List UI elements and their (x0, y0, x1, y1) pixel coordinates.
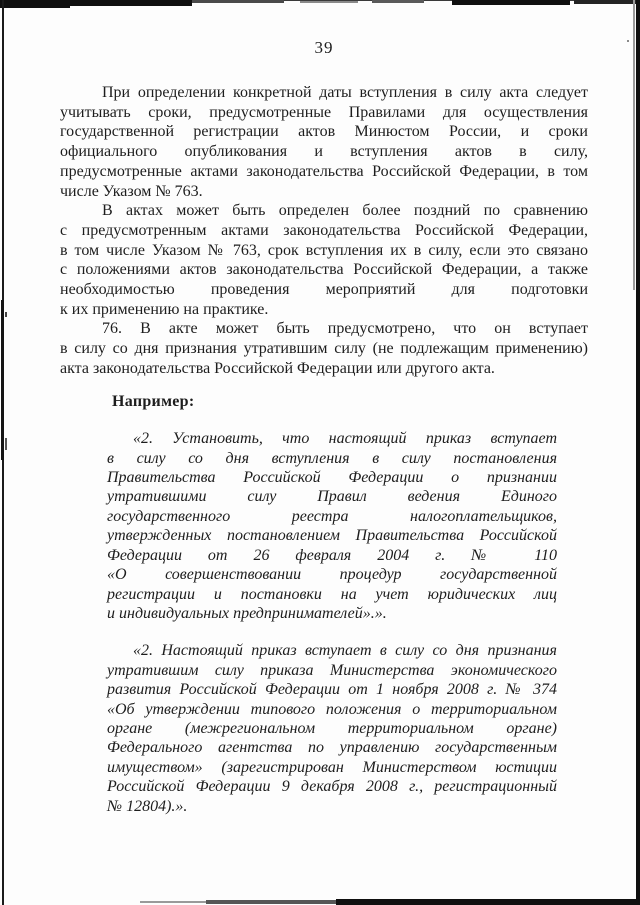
page-number: 39 (60, 38, 588, 58)
text-line: Федерального агентства по управлению гос… (107, 738, 557, 757)
text-line: учитывать сроки, предусмотренные Правила… (60, 103, 588, 123)
text-line: утвержденных постановлением Правительств… (107, 526, 557, 545)
text-line: развития Российской Федерации от 1 ноябр… (107, 680, 557, 699)
text-line: При определении конкретной даты вступлен… (60, 83, 588, 103)
text-line: и индивидуальных предпринимателей».». (107, 604, 557, 623)
text-line: 76. В акте может быть предусмотрено, что… (60, 319, 588, 339)
paragraph-registration-terms: При определении конкретной даты вступлен… (60, 83, 588, 201)
text-line: № 12804).». (107, 797, 557, 816)
text-line: «2. Настоящий приказ вступает в силу со … (107, 641, 557, 660)
scan-artifact-bottom-edge (206, 900, 336, 904)
text-line: Российской Федерации 9 декабря 2008 г., … (107, 777, 557, 796)
paragraph-later-effective-date: В актах может быть определен более поздн… (60, 201, 588, 319)
scan-artifact-top-edge (192, 0, 284, 3)
text-line: «О совершенствовании процедур государств… (107, 565, 557, 584)
text-line: с положениями актов законодательства Рос… (60, 260, 588, 280)
scan-speck (5, 312, 7, 317)
scan-artifact-top-edge (0, 0, 70, 8)
scan-artifact-bottom-edge (140, 901, 206, 903)
text-line: предусмотренные актами законодательства … (60, 162, 588, 182)
scan-artifact-top-edge (300, 1, 358, 3)
document-text: При определении конкретной даты вступлен… (60, 83, 588, 816)
scan-speck (627, 40, 629, 42)
scan-artifact-right-edge (636, 0, 640, 905)
text-line: акта законодательства Российской Федерац… (60, 359, 588, 379)
text-line: регистрации и постановки на учет юридиче… (107, 585, 557, 604)
text-line: «Об утверждении типового положения о тер… (107, 700, 557, 719)
text-line: официального опубликования и вступления … (60, 142, 588, 162)
text-line: государственного реестра налогоплательщи… (107, 507, 557, 526)
example-heading: Например: (60, 392, 588, 412)
text-line: органе (межрегиональном территориальном … (107, 719, 557, 738)
text-line: Например: (112, 392, 588, 412)
scan-artifact-top-edge (372, 0, 424, 3)
text-line: «2. Установить, что настоящий приказ вст… (107, 429, 557, 448)
scan-artifact-top-edge (574, 0, 640, 4)
example-quote-1: «2. Установить, что настоящий приказ вст… (107, 429, 557, 623)
text-line: с предусмотренным актами законодательств… (60, 221, 588, 241)
text-line: Федерации от 26 февраля 2004 г. № 110 (107, 546, 557, 565)
paragraph-item-76: 76. В акте может быть предусмотрено, что… (60, 319, 588, 378)
scan-speck (5, 438, 7, 450)
text-line: утратившим силу приказа Министерства эко… (107, 661, 557, 680)
text-line: в том числе Указом № 763, срок вступлени… (60, 241, 588, 261)
example-quote-2: «2. Настоящий приказ вступает в силу со … (107, 641, 557, 816)
scan-artifact-left-edge (1, 300, 4, 460)
scan-artifact-bottom-edge (336, 899, 640, 905)
text-line: в силу со дня признания утратившим силу … (60, 339, 588, 359)
text-line: В актах может быть определен более поздн… (60, 201, 588, 221)
text-line: государственной регистрации актов Минюст… (60, 122, 588, 142)
scan-artifact-right-edge (633, 0, 635, 290)
scan-artifact-top-edge (452, 0, 570, 5)
text-line: имуществом» (зарегистрирован Министерств… (107, 758, 557, 777)
text-line: необходимостью проведения мероприятий дл… (60, 280, 588, 300)
text-line: утратившими силу Правил ведения Единого (107, 487, 557, 506)
document-page: 39 При определении конкретной даты вступ… (0, 0, 640, 905)
text-line: числе Указом № 763. (60, 182, 588, 202)
text-line: к их применению на практике. (60, 300, 588, 320)
text-line: Правительства Российской Федерации о при… (107, 468, 557, 487)
text-line: в силу со дня вступления в силу постанов… (107, 449, 557, 468)
